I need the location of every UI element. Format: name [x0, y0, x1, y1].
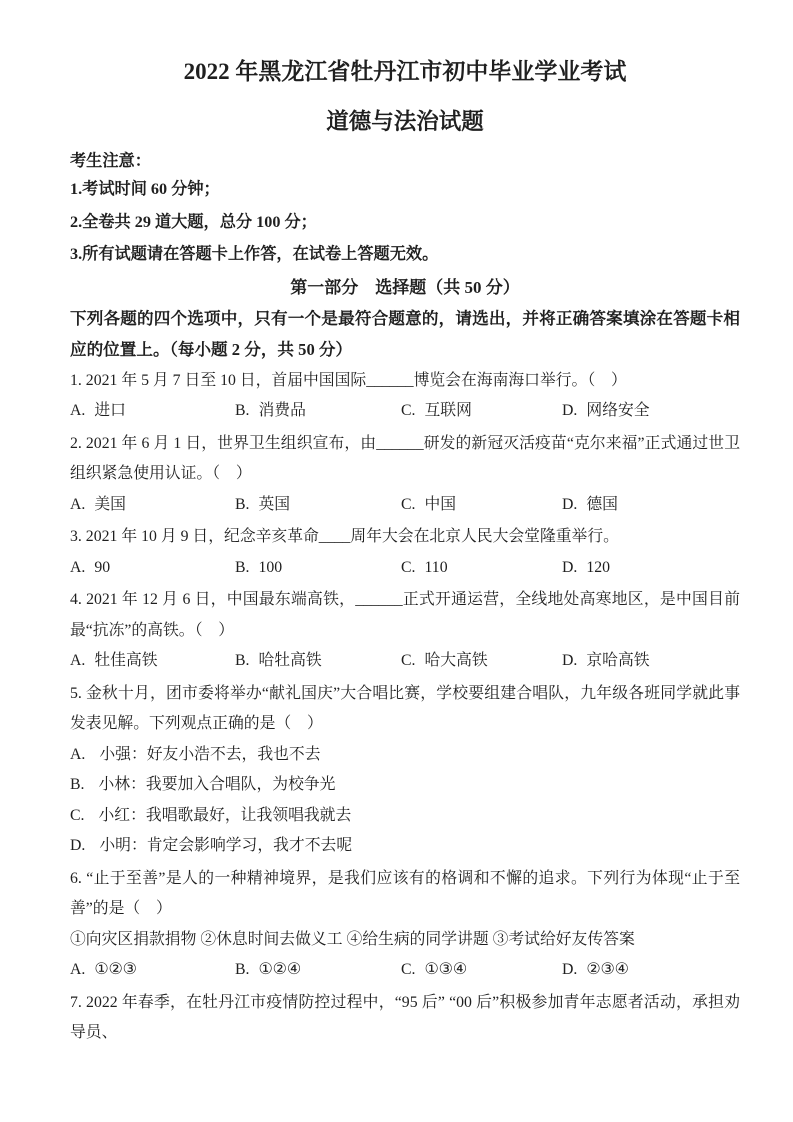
- option-label: A.: [70, 559, 85, 576]
- options-row: A.美国B.英国C.中国D.德国: [70, 490, 740, 521]
- question-4: 4. 2021 年 12 月 6 日，中国最东端高铁，______正式开通运营，…: [70, 585, 740, 677]
- option-label: C.: [70, 807, 85, 824]
- option-text: 小林：我要加入合唱队，为校争光: [99, 776, 336, 793]
- option-text: 消费品: [259, 402, 306, 419]
- option-D: D.120: [562, 553, 740, 584]
- option-label: B.: [235, 652, 250, 669]
- option-text: 100: [259, 559, 283, 576]
- question-stem: 2. 2021 年 6 月 1 日，世界卫生组织宣布，由______研发的新冠灭…: [70, 429, 740, 490]
- option-text: 英国: [259, 496, 291, 513]
- question-stem: 5. 金秋十月，团市委将举办“献礼国庆”大合唱比赛，学校要组建合唱队，九年级各班…: [70, 679, 740, 740]
- option-label: C.: [401, 402, 416, 419]
- option-B: B.消费品: [235, 396, 401, 427]
- option-label: B.: [235, 559, 250, 576]
- option-A: A.①②③: [70, 955, 235, 986]
- question-5: 5. 金秋十月，团市委将举办“献礼国庆”大合唱比赛，学校要组建合唱队，九年级各班…: [70, 679, 740, 862]
- option-A: A.90: [70, 553, 235, 584]
- option-C: C.小红：我唱歌最好，让我领唱我就去: [70, 801, 740, 832]
- option-A: A.牡佳高铁: [70, 646, 235, 677]
- option-label: A.: [70, 402, 85, 419]
- option-text: 小红：我唱歌最好，让我领唱我就去: [99, 807, 352, 824]
- section-heading: 第一部分 选择题（共 50 分）: [70, 273, 740, 303]
- option-C: C.哈大高铁: [401, 646, 562, 677]
- option-label: D.: [562, 496, 577, 513]
- option-label: D.: [562, 652, 577, 669]
- notice-item-2: 2.全卷共 29 道大题，总分 100 分；: [70, 206, 740, 239]
- question-stem: 6. “止于至善”是人的一种精神境界，是我们应该有的格调和不懈的追求。下列行为体…: [70, 864, 740, 925]
- options-row: A.牡佳高铁B.哈牡高铁C.哈大高铁D.京哈高铁: [70, 646, 740, 677]
- option-text: 小强：好友小浩不去，我也不去: [99, 746, 320, 763]
- option-label: A.: [70, 746, 85, 763]
- section-instruction: 下列各题的四个选项中，只有一个是最符合题意的，请选出，并将正确答案填涂在答题卡相…: [70, 303, 740, 366]
- question-subitems: ①向灾区捐款捐物 ②休息时间去做义工 ④给生病的同学讲题 ③考试给好友传答案: [70, 925, 740, 956]
- option-text: 进口: [94, 402, 126, 419]
- option-text: 互联网: [425, 402, 472, 419]
- exam-title-line1: 2022 年黑龙江省牡丹江市初中毕业学业考试: [70, 57, 740, 87]
- option-B: B.①②④: [235, 955, 401, 986]
- option-A: A.进口: [70, 396, 235, 427]
- option-B: B.小林：我要加入合唱队，为校争光: [70, 770, 740, 801]
- option-text: 中国: [425, 496, 457, 513]
- option-label: C.: [401, 496, 416, 513]
- option-text: 牡佳高铁: [94, 652, 157, 669]
- options-row: A.90B.100C.110D.120: [70, 553, 740, 584]
- option-label: A.: [70, 652, 85, 669]
- option-label: A.: [70, 496, 85, 513]
- option-D: D.②③④: [562, 955, 740, 986]
- option-C: C.①③④: [401, 955, 562, 986]
- option-text: 110: [425, 559, 448, 576]
- questions-list: 1. 2021 年 5 月 7 日至 10 日，首届中国国际______博览会在…: [70, 366, 740, 1049]
- question-stem: 3. 2021 年 10 月 9 日，纪念辛亥革命____周年大会在北京人民大会…: [70, 522, 740, 553]
- option-B: B.100: [235, 553, 401, 584]
- option-label: D.: [562, 559, 577, 576]
- option-D: D.京哈高铁: [562, 646, 740, 677]
- option-text: 90: [94, 559, 110, 576]
- option-C: C.中国: [401, 490, 562, 521]
- option-text: 哈牡高铁: [259, 652, 322, 669]
- page-content: 2022 年黑龙江省牡丹江市初中毕业学业考试 道德与法治试题 考生注意： 1.考…: [0, 57, 793, 1049]
- option-D: D.小明：肯定会影响学习，我才不去呢: [70, 831, 740, 862]
- option-C: C.互联网: [401, 396, 562, 427]
- option-text: 德国: [586, 496, 618, 513]
- option-C: C.110: [401, 553, 562, 584]
- option-label: D.: [562, 961, 577, 978]
- question-6: 6. “止于至善”是人的一种精神境界，是我们应该有的格调和不懈的追求。下列行为体…: [70, 864, 740, 986]
- option-B: B.英国: [235, 490, 401, 521]
- question-7: 7. 2022 年春季，在牡丹江市疫情防控过程中，“95 后” “00 后”积极…: [70, 988, 740, 1049]
- option-A: A.小强：好友小浩不去，我也不去: [70, 740, 740, 771]
- option-text: 哈大高铁: [425, 652, 488, 669]
- question-stem: 7. 2022 年春季，在牡丹江市疫情防控过程中，“95 后” “00 后”积极…: [70, 988, 740, 1049]
- option-label: D.: [562, 402, 577, 419]
- option-label: B.: [235, 961, 250, 978]
- option-label: B.: [235, 496, 250, 513]
- option-text: ①②④: [259, 961, 302, 978]
- option-label: B.: [70, 776, 85, 793]
- option-text: 京哈高铁: [586, 652, 649, 669]
- option-label: B.: [235, 402, 250, 419]
- option-label: D.: [70, 837, 85, 854]
- notice-item-3: 3.所有试题请在答题卡上作答，在试卷上答题无效。: [70, 238, 740, 271]
- options-row: A.进口B.消费品C.互联网D.网络安全: [70, 396, 740, 427]
- options-row: A.①②③B.①②④C.①③④D.②③④: [70, 955, 740, 986]
- option-B: B.哈牡高铁: [235, 646, 401, 677]
- question-stem: 1. 2021 年 5 月 7 日至 10 日，首届中国国际______博览会在…: [70, 366, 740, 397]
- option-label: C.: [401, 961, 416, 978]
- option-text: 120: [586, 559, 610, 576]
- notice-item-1: 1.考试时间 60 分钟；: [70, 173, 740, 206]
- option-label: C.: [401, 652, 416, 669]
- option-text: ①②③: [94, 961, 137, 978]
- question-2: 2. 2021 年 6 月 1 日，世界卫生组织宣布，由______研发的新冠灭…: [70, 429, 740, 521]
- option-text: 网络安全: [586, 402, 649, 419]
- option-label: C.: [401, 559, 416, 576]
- exam-title-line2: 道德与法治试题: [70, 107, 740, 137]
- option-label: A.: [70, 961, 85, 978]
- option-text: 小明：肯定会影响学习，我才不去呢: [99, 837, 352, 854]
- exam-paper-page: 2022 年黑龙江省牡丹江市初中毕业学业考试 道德与法治试题 考生注意： 1.考…: [0, 0, 793, 1122]
- question-stem: 4. 2021 年 12 月 6 日，中国最东端高铁，______正式开通运营，…: [70, 585, 740, 646]
- notice-heading: 考生注意：: [70, 149, 740, 173]
- question-3: 3. 2021 年 10 月 9 日，纪念辛亥革命____周年大会在北京人民大会…: [70, 522, 740, 583]
- option-D: D.网络安全: [562, 396, 740, 427]
- option-text: 美国: [94, 496, 126, 513]
- option-A: A.美国: [70, 490, 235, 521]
- option-text: ②③④: [586, 961, 629, 978]
- option-D: D.德国: [562, 490, 740, 521]
- option-text: ①③④: [425, 961, 468, 978]
- question-1: 1. 2021 年 5 月 7 日至 10 日，首届中国国际______博览会在…: [70, 366, 740, 427]
